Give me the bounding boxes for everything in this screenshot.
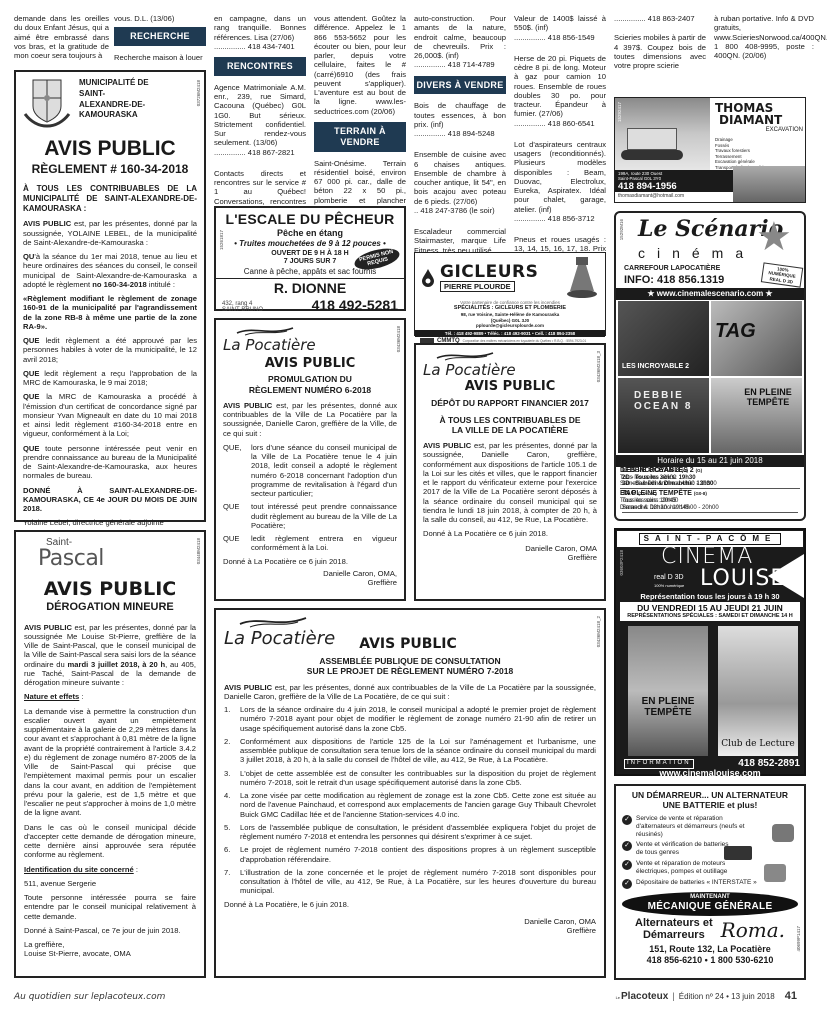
- classified-phone: .. 418 247-3786 (le soir): [414, 206, 506, 215]
- notice-heading: À TOUS LES CONTRIBUABLES DE LA MUNICIPAL…: [23, 184, 197, 213]
- email: thomasdiamant@hotmail.com: [618, 193, 684, 199]
- ad-code: 03448M2418: [196, 538, 201, 564]
- checkmark-icon: ✓: [622, 860, 632, 870]
- notice-paragraph: AVIS PUBLIC est, par les présentes, donn…: [24, 623, 196, 688]
- movie-poster[interactable]: TAG: [711, 301, 802, 376]
- schedule-item: DEBBIE OCEAN 8 (G) Tous les soirs: 20h00…: [620, 467, 800, 489]
- ad-address: 432, rang 4SAINT-BRUNO: [222, 301, 263, 314]
- notice-section: Identification du site concerné :: [24, 865, 196, 874]
- ad-cinema-louise: SAINT-PACÔME 03603P2418 CINEMA LOUISE re…: [614, 528, 806, 776]
- ad-code: 15292417: [617, 102, 622, 122]
- notice-section: Nature et effets :: [24, 692, 196, 701]
- classified-col-3: en campagne, dans un rang tranquille. Bo…: [214, 14, 306, 230]
- notice-title: AVIS PUBLIC: [24, 578, 196, 601]
- notice-paragraph: QUE toute personne intéressée peut venir…: [23, 444, 197, 481]
- classified-phone: ............... 418 856-3712: [514, 214, 606, 223]
- checkmark-icon: ✓: [622, 879, 632, 889]
- notice-subtitle: ASSEMBLÉE PUBLIQUE DE CONSULTATION: [224, 656, 596, 666]
- schedule-list-continued: DEBBIE OCEAN 8 (G) Tous les soirs: 20h00…: [620, 467, 800, 511]
- classified-col-2: vous. D.L. (13/06) RECHERCHE Recherche m…: [114, 14, 206, 68]
- poster-grid: LES INCROYABLE 2 TAG DEBBIE OCEAN 8 EN P…: [618, 301, 802, 453]
- coat-of-arms-icon: [23, 78, 71, 130]
- notice-body: AVIS PUBLIC est, par les présentes, donn…: [423, 441, 597, 524]
- ad-code: 03436M2418_3: [596, 351, 601, 382]
- notice-paragraph: Dans le cas où le conseil municipal déci…: [24, 823, 196, 860]
- truck-photo: [733, 166, 805, 202]
- schedule-item: EN PLEINE TEMPÊTE (G0-8) Tous les soirs:…: [620, 490, 800, 510]
- municipality-name: MUNICIPALITÉ DE SAINT-ALEXANDRE-DE-KAMOU…: [79, 78, 157, 121]
- gicleurs-address: 98, rue Voisine, Sainte-Hélène de Kamour…: [420, 312, 600, 328]
- notice-paragraph: QU'à la séance du 1er mai 2018, tenue au…: [23, 252, 197, 289]
- notice-subtitle: SUR LE PROJET DE RÈGLEMENT NUMÉRO 7-2018: [224, 666, 596, 676]
- battery-image: [724, 846, 752, 860]
- classified-col-7: ............... 418 863-2407 Scieries mo…: [614, 14, 706, 76]
- notice-intro: AVIS PUBLIC est, par les présentes, donn…: [224, 683, 596, 702]
- gicleurs-contact: Tél. : 418 492-9889 • Téléc. : 418 492-9…: [415, 330, 605, 337]
- roma-logo: Roma.: [721, 918, 785, 942]
- alternator-image: [772, 824, 794, 842]
- gicleurs-owner: PIERRE PLOURDE: [440, 281, 515, 292]
- notice-address: 511, avenue Sergerie: [24, 879, 196, 888]
- classified-text: Herse de 20 pi. Piquets de cèdre 8 pi. d…: [514, 54, 606, 119]
- classified-text: Escaladeur commercial Stairmaster, marqu…: [414, 227, 506, 255]
- section-header-recherche: RECHERCHE: [114, 27, 206, 46]
- notice-title: AVIS PUBLIC: [423, 379, 597, 395]
- schedule-title: Horaire du 15 au 21 juin 2018: [616, 455, 804, 467]
- notice-item: 1.Lors de la séance ordinaire du 4 juin …: [224, 705, 596, 733]
- brand-name: Alternateurs etDémarreurs: [635, 918, 713, 941]
- ad-trout: • Truites mouchetées de 9 à 12 pouces •: [222, 239, 398, 249]
- footer-tagline[interactable]: Au quotidien sur leplacoteux.com: [14, 992, 165, 1003]
- classified-phone: ............... 418 714-4789: [414, 60, 506, 69]
- classified-col-1: demande dans les oreilles du doux Enfant…: [14, 14, 109, 66]
- movie-poster[interactable]: EN PLEINE TEMPÊTE: [711, 378, 802, 453]
- notice-signature: Yolaine Lebel, directrice générale adjoi…: [23, 518, 197, 527]
- classified-col-6: Valeur de 1400$ laissé à 550$. (inf) ...…: [514, 14, 606, 269]
- classified-text: Valeur de 1400$ laissé à 550$. (inf): [514, 14, 606, 33]
- section-header-rencontres: RENCONTRES: [214, 57, 306, 76]
- gicleurs-name: GICLEURS: [440, 264, 560, 281]
- contact-block: 199A, route 230 Ouest Saint-Pascal G0L 3…: [615, 170, 733, 192]
- notice-title: AVIS PUBLIC: [223, 356, 397, 372]
- page-number: 41: [785, 990, 797, 1003]
- classified-text: Scieries mobiles à partir de 4 397$. Cou…: [614, 33, 706, 70]
- notice-paragraph: «Règlement modifiant le règlement de zon…: [23, 294, 197, 331]
- cinema-sub: cinéma: [638, 245, 755, 262]
- movie-poster[interactable]: LES INCROYABLE 2: [618, 301, 709, 376]
- ad-code: 03436M2418: [396, 326, 401, 352]
- avis-lp-rapport: 03436M2418_3 La Pocatière AVIS PUBLIC DÉ…: [414, 343, 606, 601]
- phone: 418 894-1956: [618, 182, 730, 192]
- ad-gicleurs: GICLEURS PIERRE PLOURDE Votre partenaire…: [414, 252, 606, 336]
- ad-headline: UN DÉMARREUR... UN ALTERNATEUR: [622, 790, 798, 800]
- ad-title: L'ESCALE DU PÊCHEUR: [222, 211, 398, 228]
- ad-phones: 418 856-6210 • 1 800 530-6210: [622, 955, 798, 966]
- saint-pascal-logo: Saint- Pascal: [38, 538, 196, 570]
- notice-given: Donné à La Pocatière ce 6 juin 2018.: [223, 557, 397, 566]
- classified-text: Lot d'aspirateurs centraux usagers (reco…: [514, 140, 606, 214]
- drop-logo-icon: [420, 268, 436, 288]
- checkmark-icon: ✓: [622, 815, 632, 825]
- real3d-logo: real D 3D: [654, 574, 684, 583]
- notice-given: Donné à La Pocatière, le 6 juin 2018.: [224, 900, 596, 909]
- notice-paragraph: QUE la MRC de Kamouraska a procédé à l'é…: [23, 392, 197, 438]
- motor-image: [764, 864, 786, 882]
- service-item: ✓Vente et vérification de batteries de t…: [622, 841, 732, 857]
- ad-owner: R. DIONNE: [222, 280, 398, 297]
- notice-title: AVIS PUBLIC: [359, 636, 457, 653]
- cinema-url[interactable]: www.cinemalouise.com: [616, 768, 804, 779]
- notice-given: Donné à La Pocatière ce 6 juin 2018.: [423, 529, 597, 538]
- edition-info: Édition nº 24 • 13 juin 2018: [679, 992, 775, 1002]
- notice-item: 7.L'illustration de la zone concernée et…: [224, 868, 596, 896]
- classified-text: vous. D.L. (13/06): [114, 14, 206, 23]
- representation-text: Représentation tous les jours à 19 h 30: [616, 592, 804, 601]
- classified-phone: ............... 418 894-5248: [414, 129, 506, 138]
- notice-signature: Danielle Caron, OMA,Greffière: [223, 569, 397, 588]
- movie-poster[interactable]: Club de Lecture: [718, 626, 798, 756]
- avis-st-alexandre: 03726M2418 MUNICIPALITÉ DE SAINT-ALEXAND…: [14, 70, 206, 522]
- ad-code: 15261817: [219, 230, 224, 250]
- service-item: ✓Vente et réparation de moteurs électriq…: [622, 860, 747, 876]
- digital-badge: 100% NUMÉRIQUE REAL D 3D: [761, 262, 803, 288]
- classified-text: Ensemble de cuisine avec 6 chaises antiq…: [414, 150, 506, 206]
- notice-given: Donné à Saint-Pascal, ce 7e jour de juin…: [24, 926, 196, 935]
- movie-poster[interactable]: EN PLEINE TEMPÊTE: [628, 626, 708, 756]
- ad-supply: Canne à pêche, appâts et sac fournis: [216, 267, 404, 279]
- ad-headline: UNE BATTERIE et plus!: [622, 800, 798, 810]
- notice-heading: À TOUS LES CONTRIBUABLES DE LA VILLE DE …: [423, 415, 597, 436]
- ad-code: 40699P1417: [796, 926, 801, 952]
- notice-subtitle: DÉROGATION MINEURE: [24, 601, 196, 614]
- ad-address: 151, Route 132, La Pocatière: [622, 944, 798, 955]
- classified-text: demande dans les oreilles du doux Enfant…: [14, 14, 109, 60]
- classified-phone: ............... 418 863-2407: [614, 14, 706, 23]
- notice-signature: Danielle Caron, OMAGreffière: [224, 917, 596, 936]
- classified-col-8: à ruban portative. Info & DVD gratuits, …: [714, 14, 814, 66]
- notice-title: AVIS PUBLIC: [23, 136, 197, 162]
- classified-col-4: vous attendent. Goûtez la différence. Ap…: [314, 14, 406, 229]
- classified-text: Agence Matrimoniale A.M. enr., 239, rue …: [214, 83, 306, 148]
- avis-saint-pascal: 03448M2418 Saint- Pascal AVIS PUBLIC DÉR…: [14, 530, 206, 978]
- cinema-url[interactable]: ★ www.cinemalescenario.com ★: [616, 288, 804, 300]
- classified-text: en campagne, dans un rang tranquille. Bo…: [214, 14, 306, 42]
- star-icon: ★: [756, 217, 792, 257]
- classified-phone: ............... 418 860-6541: [514, 119, 606, 128]
- brand-name: Placoteux: [621, 991, 668, 1003]
- notice-paragraph: Toute personne intéressée pourra se fair…: [24, 893, 196, 921]
- avis-lp-assemblee: 03436M2418_2 La Pocatière AVIS PUBLIC AS…: [214, 608, 606, 978]
- digital-label: 100% numérique: [654, 584, 684, 589]
- la-pocatiere-logo: La Pocatière: [224, 628, 335, 650]
- notice-signature: Danielle Caron, OMAGreffière: [423, 544, 597, 563]
- notice-item: 2.Conformément aux dispositions de l'art…: [224, 737, 596, 765]
- la-pocatiere-wave-icon: [235, 326, 295, 336]
- notice-intro: AVIS PUBLIC est, par les présentes, donn…: [223, 401, 397, 438]
- classified-text: à ruban portative. Info & DVD gratuits, …: [714, 14, 814, 60]
- ad-thomas-diamant: 15292417 THOMASDIAMANT EXCAVATION Draina…: [614, 97, 806, 203]
- cinema-location: CARREFOUR LAPOCATIÈRE: [624, 265, 720, 274]
- excavator-photo: [615, 98, 710, 170]
- ad-code: 03603P2418: [619, 550, 624, 576]
- notice-item: 5.Lors de l'assemblée publique de consul…: [224, 823, 596, 842]
- notice-item: 6.Le projet de règlement numéro 7-2018 c…: [224, 845, 596, 864]
- classified-col-5: auto-construction. Pour amants de la nat…: [414, 14, 506, 261]
- separator: |: [672, 991, 674, 1003]
- notice-subtitle: RÈGLEMENT # 160-34-2018: [23, 162, 197, 177]
- company-sub: EXCAVATION: [715, 127, 803, 134]
- avis-lp-promulgation: 03436M2418 La Pocatière AVIS PUBLIC PROM…: [214, 318, 406, 601]
- notice-subtitle: PROMULGATION DU: [223, 374, 397, 384]
- notice-paragraph: AVIS PUBLIC est, par les présentes, donn…: [23, 219, 197, 247]
- notice-item: QUE,lors d'une séance du conseil municip…: [223, 443, 397, 499]
- ad-code: 15292M16: [619, 219, 624, 240]
- classified-phone: ............... 418 867-2821: [214, 148, 306, 157]
- movie-poster[interactable]: DEBBIE OCEAN 8: [618, 378, 709, 453]
- la-pocatiere-wave-icon: [238, 616, 308, 628]
- ad-phone: 418 492-5281: [312, 297, 398, 314]
- company-name: THOMASDIAMANT: [715, 102, 803, 126]
- section-header-terrain: TERRAIN À VENDRE: [314, 122, 406, 152]
- notice-item: QUEledit règlement entrera en vigueur co…: [223, 534, 397, 553]
- dates-block: DU VENDREDI 15 AU JEUDI 21 JUIN REPRÉSEN…: [620, 602, 800, 621]
- la-pocatiere-logo: La Pocatière: [423, 361, 597, 379]
- notice-signature: La greffière,Louise St-Pierre, avocate, …: [24, 940, 196, 959]
- la-pocatiere-wave-icon: [435, 351, 495, 361]
- classified-text: vous attendent. Goûtez la différence. Ap…: [314, 14, 406, 116]
- notice-subtitle: RÈGLEMENT NUMÉRO 6-2018: [223, 385, 397, 395]
- notice-given: DONNÉ À SAINT-ALEXANDRE-DE-KAMOURASKA, C…: [23, 486, 197, 514]
- classified-text: Recherche maison à louer: [114, 53, 206, 62]
- ad-subtitle: Pêche en étang: [222, 228, 398, 239]
- ad-code: 03726M2418: [196, 80, 201, 106]
- notice-paragraph: La demande vise à permettre la construct…: [24, 707, 196, 818]
- notice-paragraph: QUE ledit règlement a reçu l'approbation…: [23, 369, 197, 388]
- notice-paragraph: QUE ledit règlement a été approuvé par l…: [23, 336, 197, 364]
- classified-phone: ............... 418 856-1549: [514, 33, 606, 42]
- classified-phone: ............... 418 434-7401: [214, 42, 306, 51]
- ad-alternateurs-roma: 40699P1417 UN DÉMARREUR... UN ALTERNATEU…: [614, 784, 806, 980]
- ad-code: 03436M2418_2: [596, 616, 601, 647]
- notice-item: QUEtout intéressé peut prendre connaissa…: [223, 502, 397, 530]
- ad-escale-du-pecheur: 15261817 L'ESCALE DU PÊCHEUR Pêche en ét…: [214, 206, 406, 311]
- section-header-divers: DIVERS À VENDRE: [414, 76, 506, 95]
- sprinkler-icon: [564, 256, 600, 300]
- gicleurs-specialties: SPÉCIALITÉS : GICLEURS ET PLOMBERIE: [420, 305, 600, 312]
- la-pocatiere-logo: La Pocatière: [223, 336, 397, 354]
- classified-text: auto-construction. Pour amants de la nat…: [414, 14, 506, 60]
- notice-subtitle: DÉPÔT DU RAPPORT FINANCIER 2017: [423, 398, 597, 408]
- brand-prefix: Le: [616, 996, 620, 1001]
- classified-text: Bois de chauffage de toutes essences, à …: [414, 101, 506, 129]
- footer-masthead: LePlacoteux | Édition nº 24 • 13 juin 20…: [616, 990, 797, 1003]
- cinema-info: INFO: 418 856.1319: [624, 274, 724, 287]
- mecanique-banner: MAINTENANT MÉCANIQUE GÉNÉRALE: [622, 892, 798, 916]
- checkmark-icon: ✓: [622, 841, 632, 851]
- service-item: ✓Service de vente et réparation d'altern…: [622, 815, 762, 839]
- notice-item: 4.La zone visée par cette modification a…: [224, 791, 596, 819]
- notice-item: 3.L'objet de cette assemblée est de cons…: [224, 769, 596, 788]
